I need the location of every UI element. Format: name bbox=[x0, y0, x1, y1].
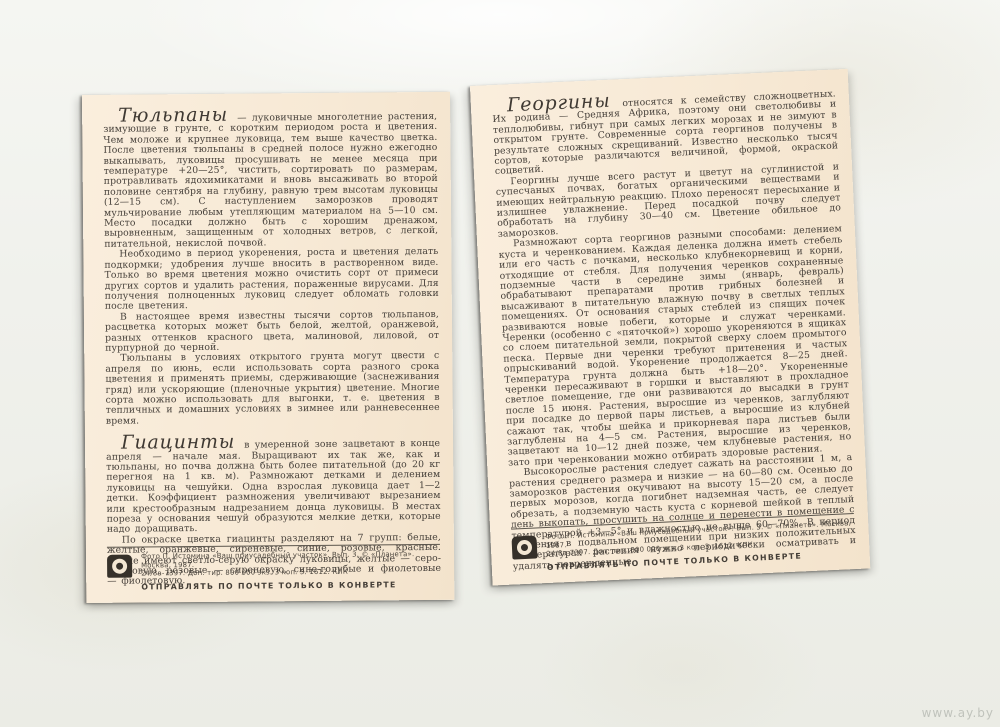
paragraph: Необходимо в период укоренения, роста и … bbox=[104, 247, 439, 312]
postcard-tulips-hyacinths: Тюльпаны — луковичные многолетние растен… bbox=[82, 92, 454, 603]
paragraph: Размножают сорта георгинов разными спосо… bbox=[498, 225, 852, 469]
section-intro-tulips: — луковичные многолетние растения, зимую… bbox=[103, 111, 438, 250]
paragraph: Тюльпаны в условиях открытого грунта мог… bbox=[105, 351, 440, 427]
section-intro-hyacinths: в умеренной зоне зацветают в конце апрел… bbox=[106, 438, 441, 535]
postcard-text-tulips: Тюльпаны — луковичные многолетние растен… bbox=[82, 92, 454, 588]
imprint-line2: 24/8а-7397. Доп. тир. 800 000 экз. 3 коп… bbox=[141, 567, 440, 578]
publisher-logo-icon bbox=[511, 536, 537, 560]
watermark-text: www.ay.by bbox=[922, 706, 994, 720]
paragraph: Тюльпаны — луковичные многолетние растен… bbox=[103, 108, 438, 250]
postcard-text-dahlias: Георгины относятся к семейству сложноцве… bbox=[470, 69, 870, 574]
postcard-dahlias: Георгины относятся к семейству сложноцве… bbox=[470, 69, 870, 586]
publisher-logo-icon bbox=[107, 555, 132, 578]
paragraph: В настоящее время известны тысячи сортов… bbox=[105, 310, 439, 355]
mail-notice: ОТПРАВЛЯТЬ ПО ПОЧТЕ ТОЛЬКО В КОНВЕРТЕ bbox=[141, 580, 440, 592]
card-footer: Фото П. Истомина «Ваш приусадебный участ… bbox=[107, 544, 440, 592]
paragraph: Гиацинты в умеренной зоне зацветают в ко… bbox=[106, 435, 441, 536]
